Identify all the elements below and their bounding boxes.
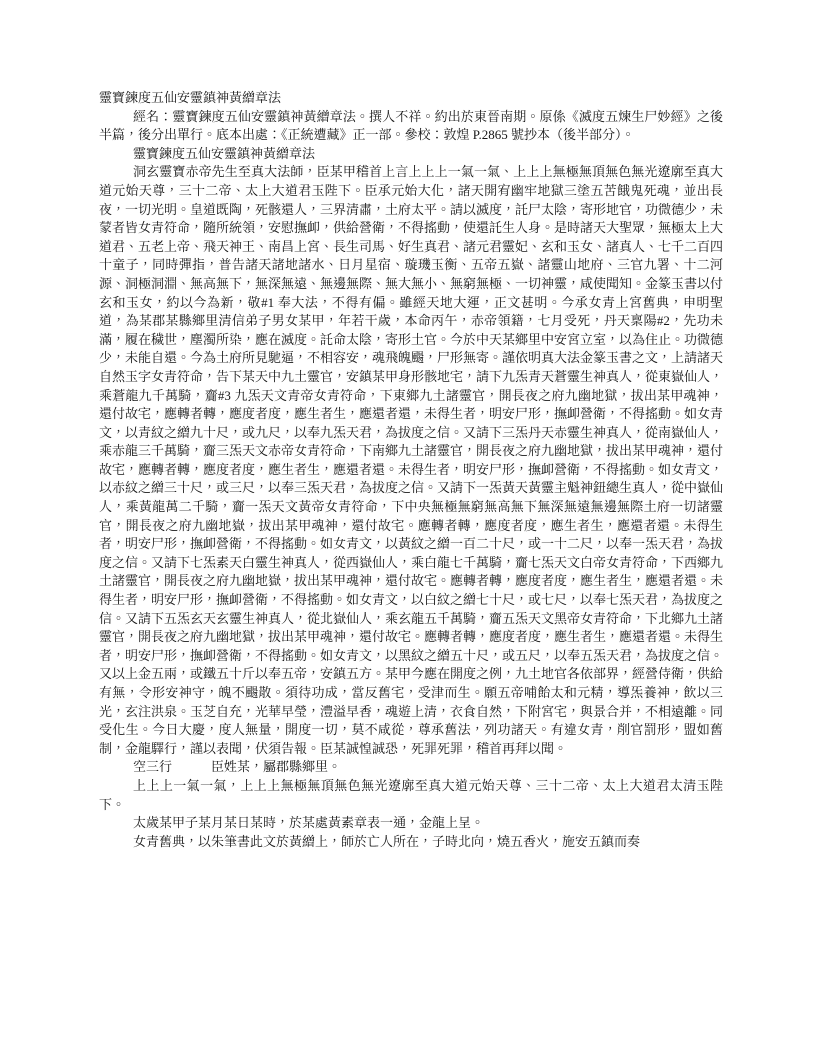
document-title: 靈寶鍊度五仙安靈鎮神黃繒章法 xyxy=(99,89,723,108)
date-line: 太歲某甲子某月某日某時，於某處黃素章表一通，金龍上呈。 xyxy=(99,814,723,833)
main-body-paragraph: 洞玄靈寶赤帝先生至真大法師，臣某甲稽首上言上上上一氣一氣、上上上無極無頂無色無光… xyxy=(99,163,723,758)
blank-lines-note: 空三行 臣姓某，屬郡縣鄉里。 xyxy=(99,758,723,777)
colophon-paragraph: 經名：靈寶鍊度五仙安靈鎮神黃繒章法。撰人不祥。約出於東晉南期。原係《滅度五煉生尸… xyxy=(99,108,723,145)
document-page: 靈寶鍊度五仙安靈鎮神黃繒章法 經名：靈寶鍊度五仙安靈鎮神黃繒章法。撰人不祥。約出… xyxy=(0,0,816,1056)
document-subtitle: 靈寶鍊度五仙安靈鎮神黃繒章法 xyxy=(99,145,723,164)
invocation-paragraph: 上上上一氣一氣，上上上無極無頂無色無光遼廓至真大道元始天尊、三十二帝、太上大道君… xyxy=(99,777,723,814)
instruction-paragraph: 女青舊典，以朱筆書此文於黃繒上，師於亡人所在，子時北向，燒五香火，施安五鎮而奏 xyxy=(99,833,723,852)
